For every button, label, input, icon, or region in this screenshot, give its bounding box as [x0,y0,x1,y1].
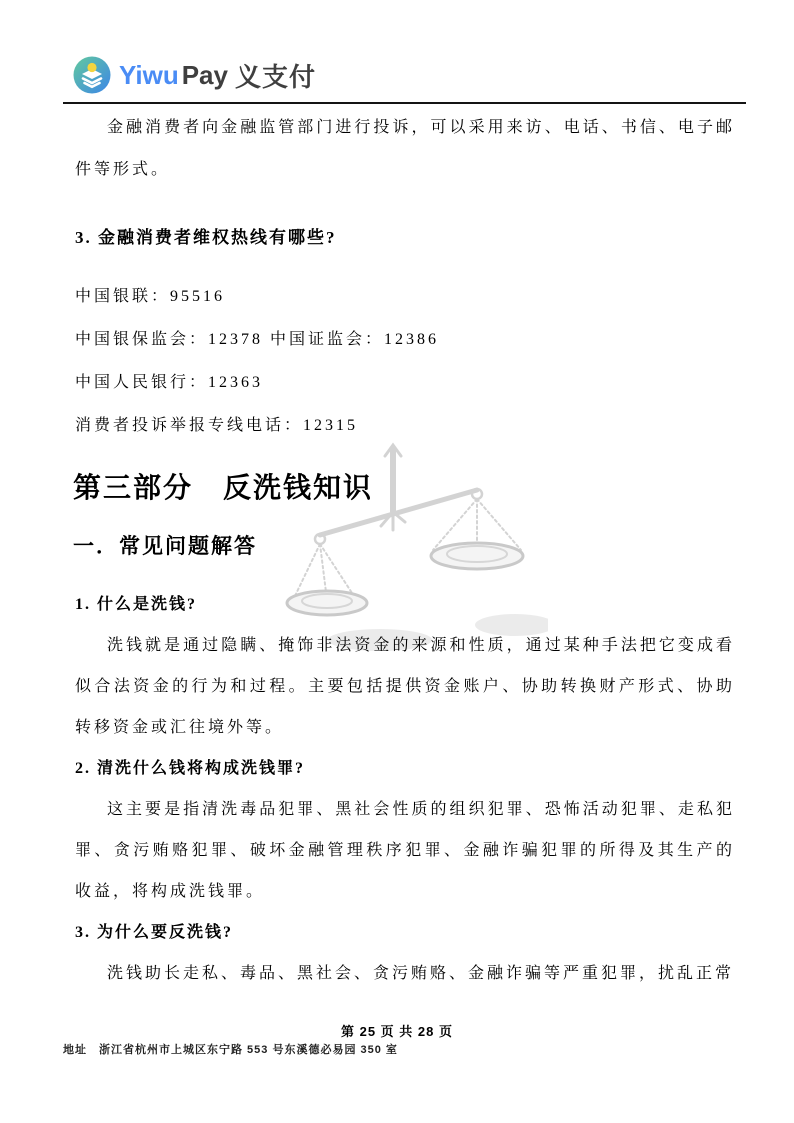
yiwupay-logo-icon [73,56,111,94]
footer-address: 地址 浙江省杭州市上城区东宁路 553 号东溪德必易园 350 室 [63,1041,398,1057]
brand-pay: Pay [182,60,228,91]
brand-yiwu: Yiwu [119,60,179,91]
qa-answer-3: 洗钱助长走私、毒品、黑社会、贪污贿赂、金融诈骗等严重犯罪，扰乱正常 [75,953,735,994]
qa-question-1: 1. 什么是洗钱? [75,584,735,625]
brand-cn: 义支付 [235,57,316,94]
hotline-item: 中国银联：95516 [75,275,439,318]
hotline-heading: 3. 金融消费者维权热线有哪些? [75,224,337,252]
hotline-list: 中国银联：95516 中国银保监会：12378 中国证监会：12386 中国人民… [75,275,439,447]
qa-answer-2: 这主要是指清洗毒品犯罪、黑社会性质的组织犯罪、恐怖活动犯罪、走私犯罪、贪污贿赂犯… [75,789,735,912]
qa-question-2: 2. 清洗什么钱将构成洗钱罪? [75,748,735,789]
document-page: Yiwu Pay 义支付 [0,0,794,1123]
hotline-item: 中国人民银行：12363 [75,361,439,404]
hotline-item: 消费者投诉举报专线电话：12315 [75,404,439,447]
qa-section: 1. 什么是洗钱? 洗钱就是通过隐瞒、掩饰非法资金的来源和性质，通过某种手法把它… [75,584,735,994]
logo-wordmark: Yiwu Pay 义支付 [119,57,316,94]
header-rule [63,102,746,104]
header-logo: Yiwu Pay 义支付 [73,56,316,94]
intro-paragraph: 金融消费者向金融监管部门进行投诉，可以采用来访、电话、书信、电子邮件等形式。 [75,107,735,191]
hotline-item: 中国银保监会：12378 中国证监会：12386 [75,318,439,361]
part-title: 第三部分 反洗钱知识 [73,469,373,507]
page-number: 第 25 页 共 28 页 [0,1021,794,1040]
qa-answer-1: 洗钱就是通过隐瞒、掩饰非法资金的来源和性质，通过某种手法把它变成看似合法资金的行… [75,625,735,748]
qa-question-3: 3. 为什么要反洗钱? [75,912,735,953]
section-title: 一．常见问题解答 [73,532,257,562]
